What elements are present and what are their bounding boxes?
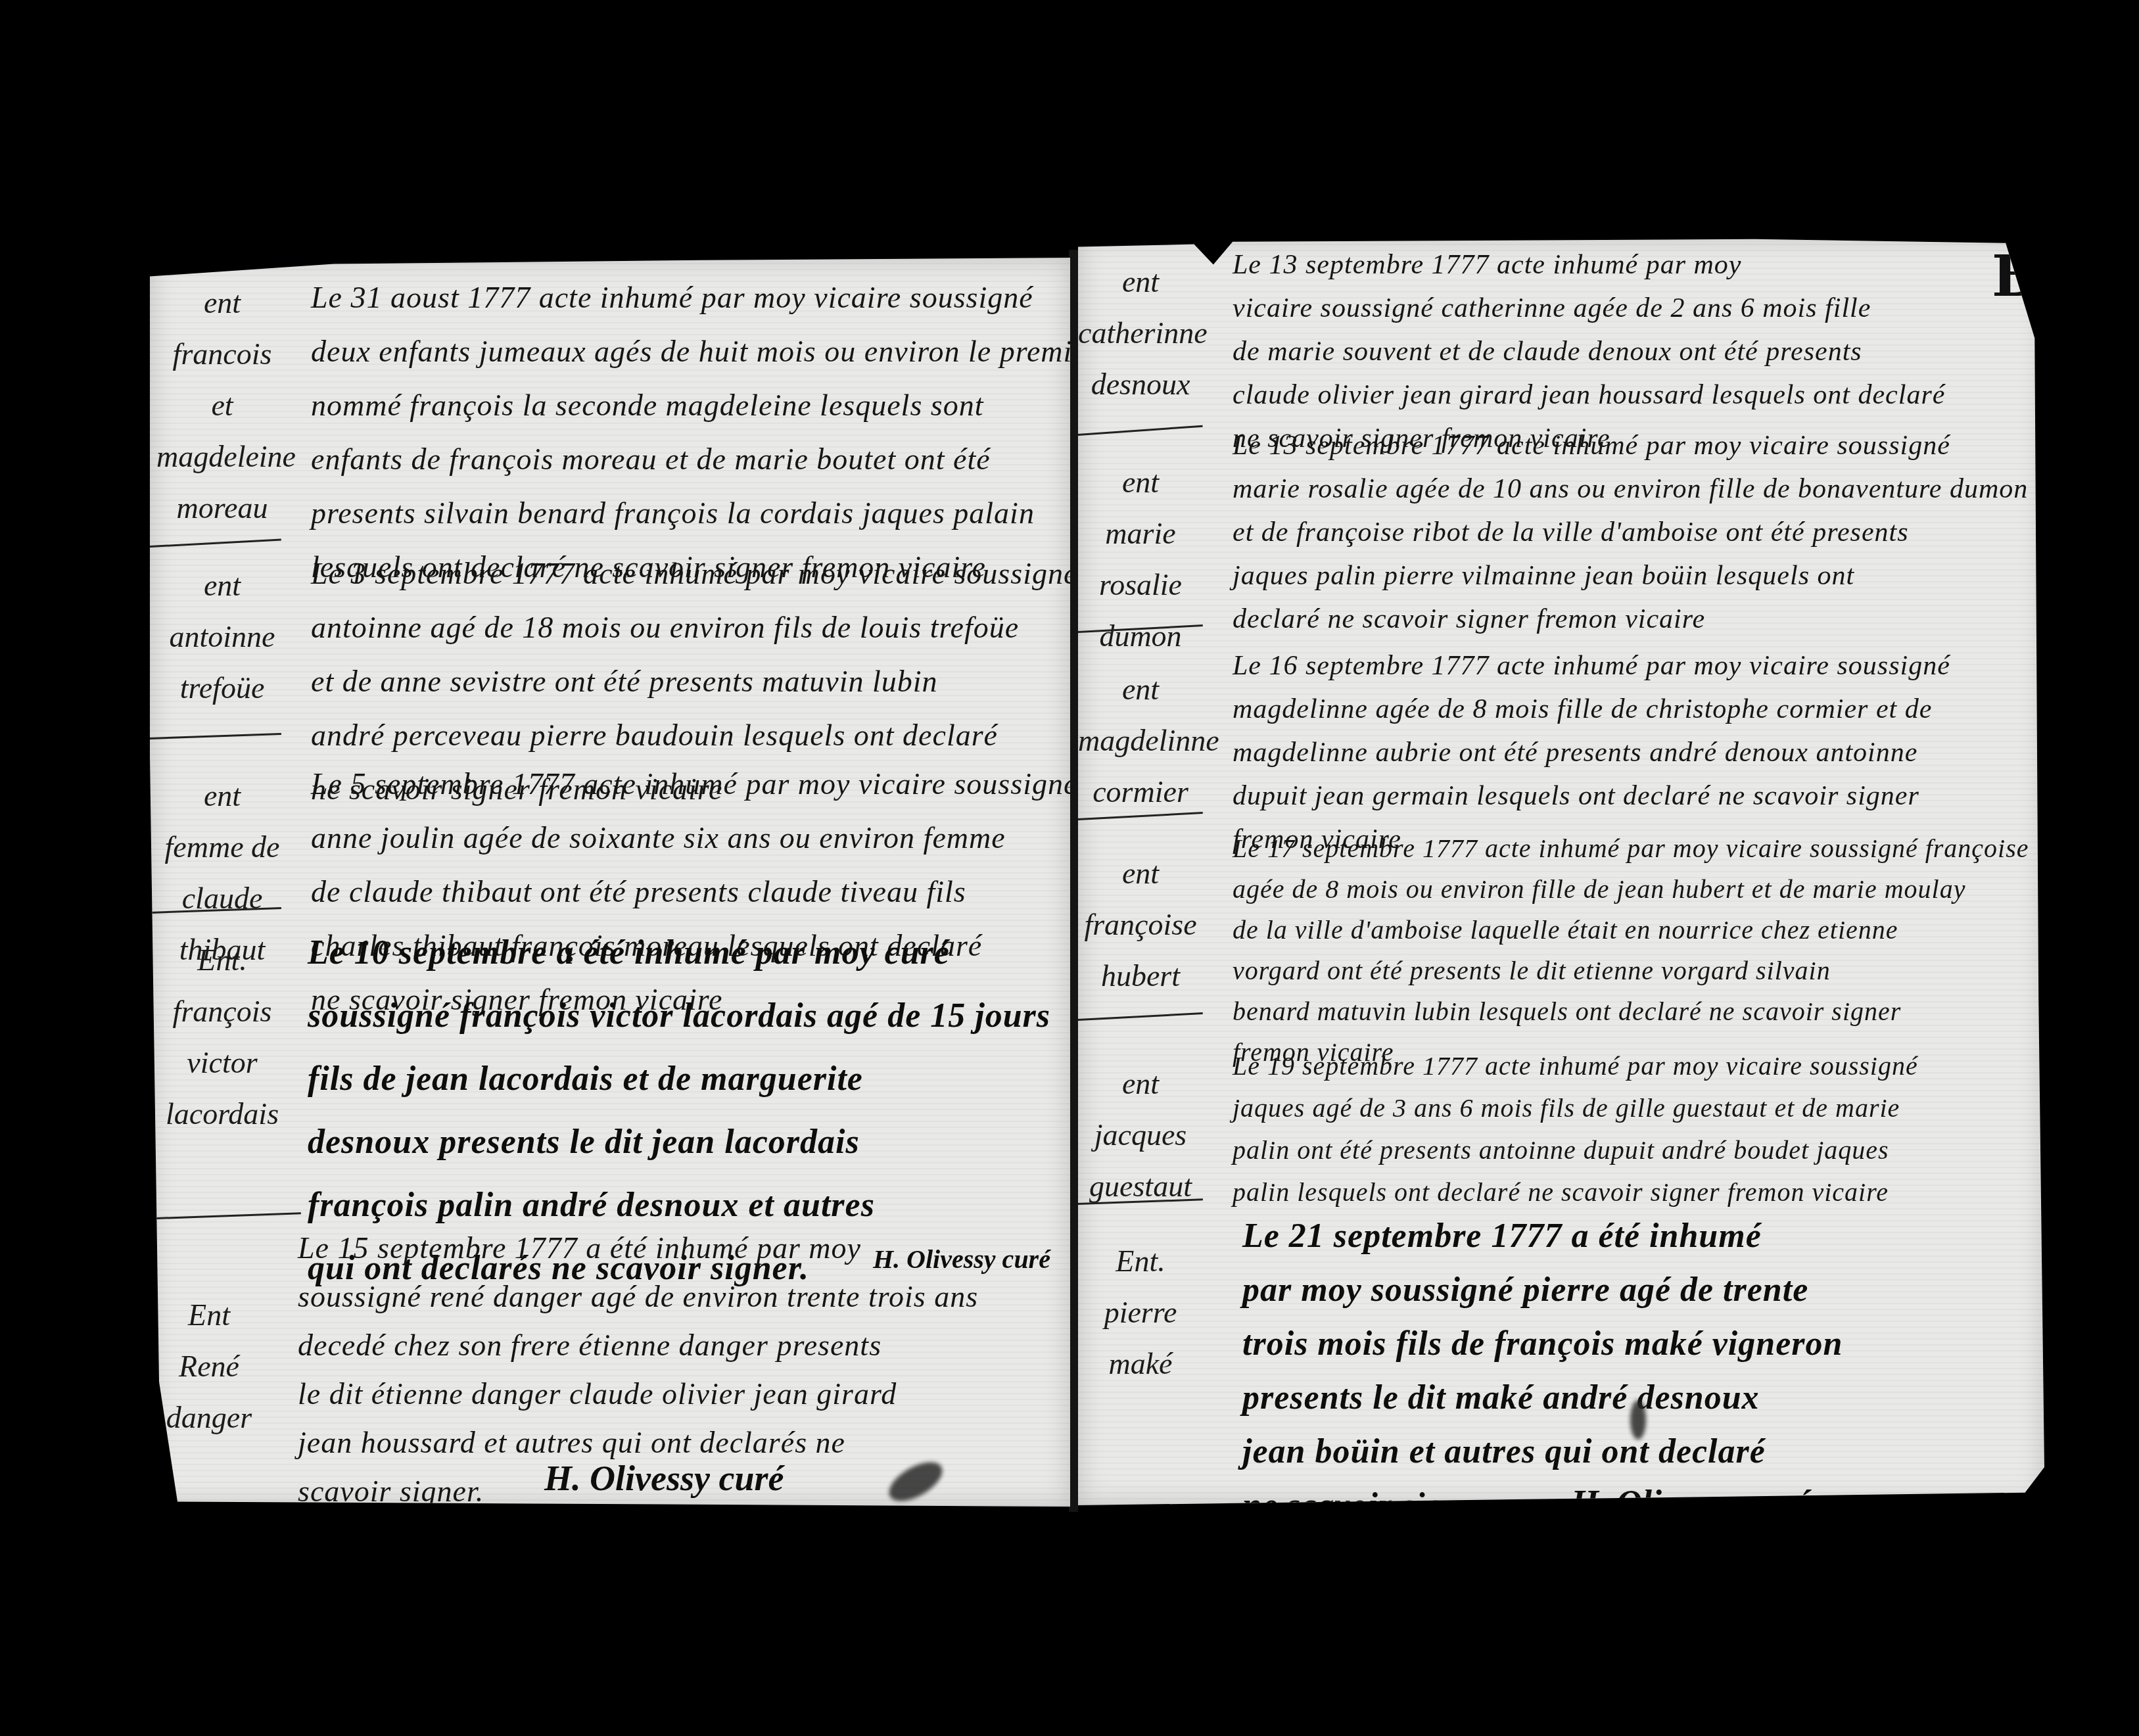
curate-signature: H. Olivessy curé — [544, 1458, 784, 1499]
margin-label: femme de — [156, 822, 288, 873]
entry-line: agée de 8 mois ou environ fille de jean … — [1233, 869, 2029, 910]
margin-label: françois — [156, 986, 288, 1037]
entry-line: jaques palin pierre vilmainne jean boüin… — [1233, 554, 2028, 598]
entry-line: fils de jean lacordais et de marguerite — [308, 1048, 1050, 1111]
margin-label: ent — [1078, 457, 1203, 508]
entry-line: Le 16 septembre 1777 acte inhumé par moy… — [1233, 644, 1950, 688]
margin-label: ent — [156, 560, 288, 611]
entry-line: claude olivier jean girard jean houssard… — [1233, 373, 1945, 417]
register-entry: ent marie rosalie dumon Le 13 septembre … — [1078, 424, 2044, 641]
margin-label: pierre — [1078, 1287, 1203, 1338]
margin-note: ent catherinne desnoux — [1078, 256, 1203, 410]
margin-label: ent — [156, 277, 288, 329]
entry-line: jaques agé de 3 ans 6 mois fils de gille… — [1233, 1087, 1918, 1129]
curate-signature: H. Olivessy curé — [1571, 1482, 1810, 1523]
book-gutter — [1069, 250, 1078, 1512]
register-entry: ent magdelinne cormier Le 16 septembre 1… — [1078, 631, 2044, 848]
margin-label: victor — [156, 1037, 288, 1089]
entry-line: de marie souvent et de claude denoux ont… — [1233, 330, 1945, 373]
margin-note: ent francois et magdeleine moreau — [156, 277, 288, 534]
margin-label: lacordais — [156, 1089, 288, 1140]
entry-line: Le 31 aoust 1777 acte inhumé par moy vic… — [311, 271, 1099, 325]
entry-line: trois mois fils de françois maké vignero… — [1242, 1317, 1843, 1371]
entry-line: le dit étienne danger claude olivier jea… — [298, 1370, 978, 1419]
margin-label: cormier — [1078, 766, 1203, 818]
margin-label: antoinne — [156, 611, 288, 663]
margin-label: magdeleine — [156, 431, 288, 482]
register-entry: ent antoinne trefoüe Le 3 septembre 1777… — [150, 547, 1070, 757]
margin-label: ent — [1078, 256, 1203, 308]
entry-line: Le 19 septembre 1777 acte inhumé par moy… — [1233, 1045, 1918, 1087]
entry-line: antoinne agé de 18 mois ou environ fils … — [311, 601, 1077, 655]
entry-line: Le 15 septembre 1777 a été inhumé par mo… — [298, 1224, 978, 1273]
entry-line: et de françoise ribot de la ville d'ambo… — [1233, 511, 2028, 554]
margin-label: Ent. — [156, 935, 288, 986]
margin-label: guestaut — [1078, 1161, 1203, 1212]
entry-line: marie rosalie agée de 10 ans ou environ … — [1233, 467, 2028, 511]
entry-line: Le 5 septembre 1777 acte inhumé par moy … — [311, 757, 1077, 811]
entry-line: soussigné rené danger agé de environ tre… — [298, 1273, 978, 1321]
register-entry: ent catherinne desnoux Le 13 septembre 1… — [1078, 237, 2044, 427]
entry-line: soussigné françois victor lacordais agé … — [308, 985, 1050, 1048]
entry-line: vorgard ont été presents le dit etienne … — [1233, 950, 2029, 991]
margin-label: desnoux — [1078, 359, 1203, 410]
left-page: ent francois et magdeleine moreau Le 31 … — [150, 258, 1070, 1507]
entry-line: nommé françois la seconde magdeleine les… — [311, 379, 1099, 433]
margin-label: ent — [1078, 1058, 1203, 1110]
margin-label: ent — [1078, 848, 1203, 899]
entry-line: presents le dit maké andré desnoux — [1242, 1371, 1843, 1425]
entry-line: Le 21 septembre 1777 a été inhumé — [1242, 1209, 1843, 1263]
margin-label: maké — [1078, 1338, 1203, 1390]
entry-line: et de anne sevistre ont été presents mat… — [311, 655, 1077, 709]
entry-line: jean boüin et autres qui ont declaré — [1242, 1425, 1843, 1479]
margin-note: ent jacques guestaut — [1078, 1058, 1203, 1212]
entry-line: andré perceveau pierre baudouin lesquels… — [311, 709, 1077, 762]
register-entry: Ent. pierre maké Le 21 septembre 1777 a … — [1078, 1209, 2044, 1505]
register-entry: ent françoise hubert Le 17 septembre 177… — [1078, 822, 2044, 1045]
entry-line: palin lesquels ont declaré ne scavoir si… — [1233, 1171, 1918, 1213]
entry-line: vicaire soussigné catherinne agée de 2 a… — [1233, 287, 1945, 330]
entry-line: decedé chez son frere étienne danger pre… — [298, 1321, 978, 1370]
entry-line: desnoux presents le dit jean lacordais — [308, 1111, 1050, 1174]
entry-line: benard matuvin lubin lesquels ont declar… — [1233, 991, 2029, 1032]
margin-label: Ent. — [1078, 1236, 1203, 1287]
margin-label: marie — [1078, 508, 1203, 559]
entry-line: enfants de françois moreau et de marie b… — [311, 433, 1099, 486]
margin-label: moreau — [156, 482, 288, 534]
entry-line: Le 17 septembre 1777 acte inhumé par moy… — [1233, 828, 2029, 869]
entry-line: Le 10 septembre a été inhumé par moy cur… — [308, 922, 1050, 985]
ink-blot — [1630, 1400, 1646, 1440]
margin-label: francois — [156, 329, 288, 380]
margin-note: Ent. françois victor lacordais — [156, 935, 288, 1140]
margin-label: trefoüe — [156, 663, 288, 714]
margin-label: magdelinne — [1078, 715, 1203, 766]
entry-line: de claude thibaut ont été presents claud… — [311, 865, 1077, 919]
margin-label: ent — [156, 770, 288, 822]
margin-note: ent françoise hubert — [1078, 848, 1203, 1002]
margin-label: danger — [150, 1392, 268, 1443]
register-entry: ent francois et magdeleine moreau Le 31 … — [150, 258, 1070, 540]
entry-line: Le 13 septembre 1777 acte inhumé par moy — [1233, 243, 1945, 287]
entry-line: presents silvain benard françois la cord… — [311, 486, 1099, 540]
entry-line: par moy soussigné pierre agé de trente — [1242, 1263, 1843, 1317]
margin-label: René — [150, 1341, 268, 1392]
margin-note: ent antoinne trefoüe — [156, 560, 288, 714]
margin-label: rosalie — [1078, 559, 1203, 611]
margin-label: ent — [1078, 664, 1203, 715]
margin-label: jacques — [1078, 1110, 1203, 1161]
margin-label: catherinne — [1078, 308, 1203, 359]
margin-label: hubert — [1078, 950, 1203, 1002]
entry-line: Le 13 septembre 1777 acte inhumé par moy… — [1233, 424, 2028, 467]
margin-note: ent magdelinne cormier — [1078, 664, 1203, 818]
margin-note: Ent René danger — [150, 1290, 268, 1443]
entry-line: deux enfants jumeaux agés de huit mois o… — [311, 325, 1099, 379]
margin-label: Ent — [150, 1290, 268, 1341]
entry-line: magdelinne agée de 8 mois fille de chris… — [1233, 688, 1950, 731]
entry-line: palin ont été presents antoinne dupuit a… — [1233, 1129, 1918, 1171]
margin-note: Ent. pierre maké — [1078, 1236, 1203, 1390]
margin-label: et — [156, 380, 288, 431]
entry-line: Le 3 septembre 1777 acte inhumé par moy … — [311, 547, 1077, 601]
register-entry: Ent. françois victor lacordais Le 10 sep… — [150, 922, 1070, 1250]
margin-label: françoise — [1078, 899, 1203, 950]
entry-line: de la ville d'amboise laquelle était en … — [1233, 910, 2029, 950]
entry-line: magdelinne aubrie ont été presents andré… — [1233, 731, 1950, 774]
entry-line: dupuit jean germain lesquels ont declaré… — [1233, 774, 1950, 818]
entry-line: anne joulin agée de soixante six ans ou … — [311, 811, 1077, 865]
right-page: B ent catherinne desnoux Le 13 septembre… — [1078, 237, 2044, 1505]
